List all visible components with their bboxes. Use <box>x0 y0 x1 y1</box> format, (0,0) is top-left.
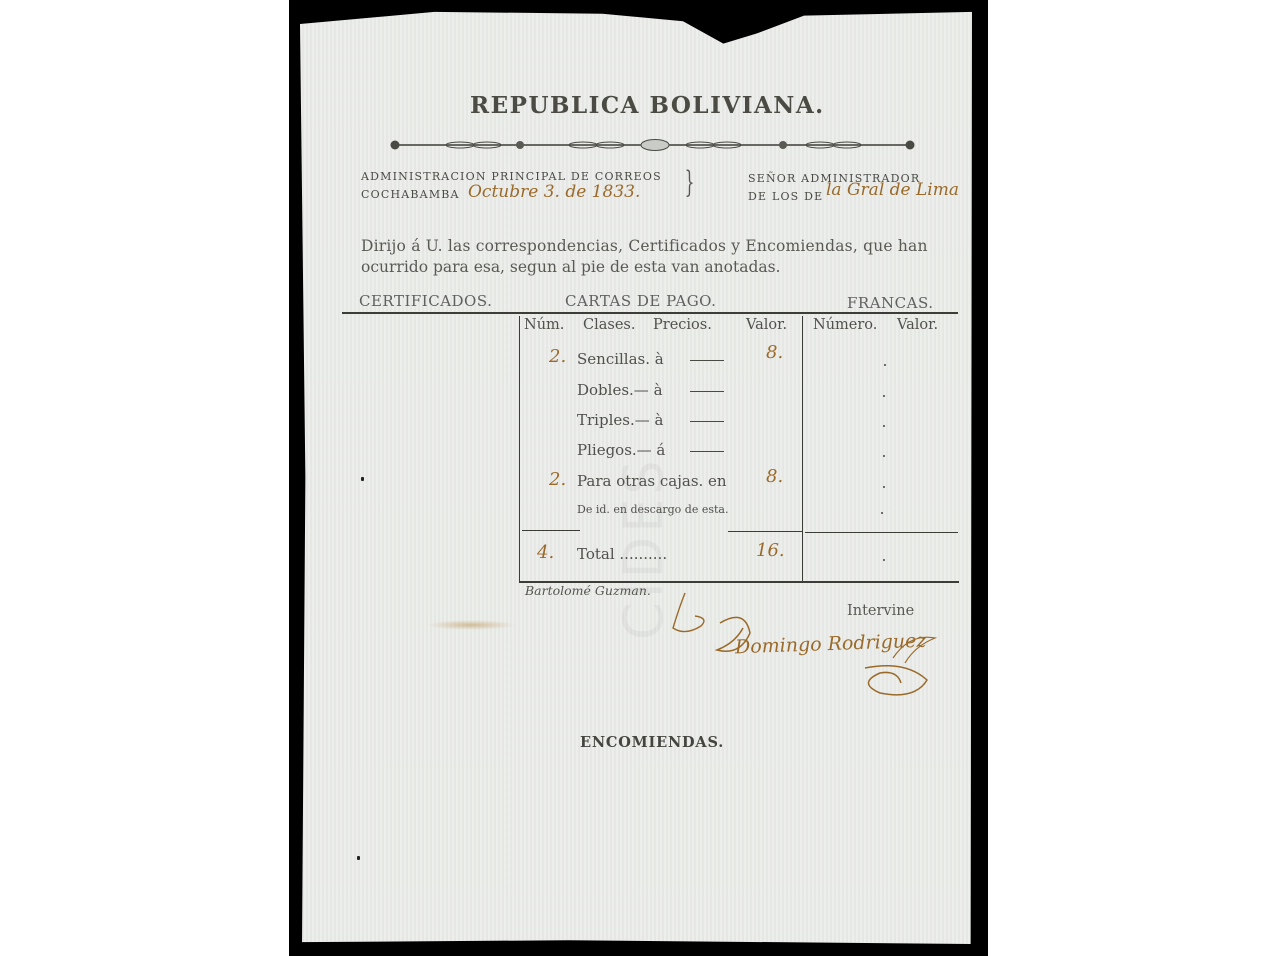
section-rule <box>342 312 958 314</box>
total-valor: 16. <box>756 540 785 561</box>
total-rule-left <box>522 530 580 531</box>
empty-dot <box>883 486 885 488</box>
col-header-valor-francas: Valor. <box>897 317 938 333</box>
ornament-divider-icon <box>390 138 915 152</box>
row-clase: Triples.— à <box>577 411 663 429</box>
empty-dot <box>883 395 885 397</box>
table-left-border <box>519 316 520 582</box>
price-dash <box>690 421 724 422</box>
total-label: Total .......... <box>577 545 667 563</box>
section-encomiendas: ENCOMIENDAS. <box>580 734 724 751</box>
empty-dot <box>883 455 885 457</box>
section-certificados: CERTIFICADOS. <box>359 292 492 310</box>
row-valor: 8. <box>766 466 783 487</box>
section-cartas-de-pago: CARTAS DE PAGO. <box>565 292 716 310</box>
total-rule-right <box>805 532 958 533</box>
row-num: 2. <box>549 346 566 367</box>
header-de-los-de: DE LOS DE <box>748 190 823 203</box>
empty-dot <box>884 364 886 366</box>
price-dash <box>690 391 724 392</box>
col-header-valor: Valor. <box>746 317 787 333</box>
handwritten-date: Octubre 3. de 1833. <box>468 182 640 202</box>
empty-dot <box>883 425 885 427</box>
row-num: 2. <box>549 469 566 490</box>
col-header-numero: Número. <box>813 317 877 333</box>
row-clase: Pliegos.— á <box>577 441 665 459</box>
price-dash <box>690 451 724 452</box>
empty-dot <box>883 559 885 561</box>
table-middle-border <box>802 316 803 582</box>
paper-speck <box>361 477 364 481</box>
col-header-num: Núm. <box>524 317 564 333</box>
header-city: COCHABAMBA <box>361 188 460 201</box>
brace-icon: } <box>685 165 695 200</box>
col-header-clases: Clases. <box>583 317 635 333</box>
section-francas: FRANCAS. <box>847 294 933 312</box>
price-dash <box>690 360 724 361</box>
paper-speck <box>357 856 360 860</box>
document-title: REPUBLICA BOLIVIANA. <box>470 92 825 119</box>
empty-dot <box>881 512 883 514</box>
ink-stain <box>426 620 516 630</box>
printer-credit: Bartolomé Guzman. <box>525 583 651 598</box>
handwritten-recipient: la Gral de Lima <box>826 180 959 200</box>
row-clase: Sencillas. à <box>577 350 664 368</box>
intro-line-2: ocurrido para esa, segun al pie de esta … <box>361 257 780 278</box>
total-rule-mid <box>728 531 802 532</box>
intro-line-1: Dirijo á U. las correspondencias, Certif… <box>361 236 928 257</box>
total-num: 4. <box>537 542 554 563</box>
row-clase: De id. en descargo de esta. <box>577 503 728 516</box>
row-clase: Para otras cajas. en <box>577 472 727 490</box>
col-header-precios: Precios. <box>653 317 712 333</box>
row-valor: 8. <box>766 342 783 363</box>
row-clase: Dobles.— à <box>577 381 663 399</box>
